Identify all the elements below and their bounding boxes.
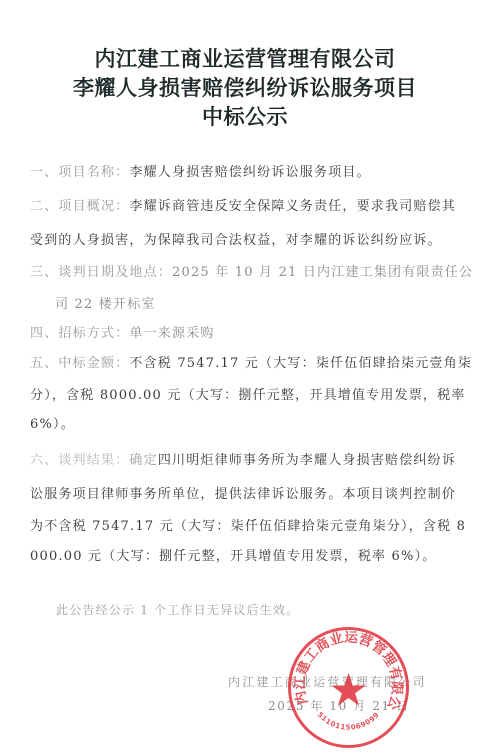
section-negotiation-date-place-cont: 司 22 楼开标室 — [55, 293, 490, 312]
section-label-tail: 确定 — [129, 453, 157, 468]
section-value: 000.00 元（大写：捌仟元整，开具增值专用发票，税率 6%）。 — [30, 549, 436, 564]
section-label: 二、项目概况： — [30, 199, 129, 214]
section-value: 分），含税 8000.00 元（大写：捌仟元整，开具增值专用发票，税率 — [30, 388, 466, 403]
section-negotiation-result-cont-3: 000.00 元（大写：捌仟元整，开具增值专用发票，税率 6%）。 — [30, 545, 470, 564]
section-negotiation-result-cont-2: 为不含税 7547.17 元（大写：柒仟伍佰肆拾柒元壹角柒分），含税 8 — [30, 515, 470, 534]
section-label: 四、招标方式： — [30, 326, 129, 341]
section-value: 李耀人身损害赔偿纠纷诉讼服务项目。 — [129, 165, 370, 180]
svg-text:5110115069099: 5110115069099 — [316, 711, 382, 732]
effective-notice: 此公告经公示 1 个工作日无异议后生效。 — [56, 601, 490, 618]
section-label: 一、项目名称： — [30, 165, 129, 180]
section-winning-amount-cont-2: 6%）。 — [30, 413, 470, 432]
section-label: 五、中标金额： — [30, 356, 129, 371]
document-title: 内江建工商业运营管理有限公司 李耀人身损害赔偿纠纷诉讼服务项目 中标公示 — [0, 45, 490, 132]
section-value: 司 22 楼开标室 — [55, 297, 156, 312]
title-project: 李耀人身损害赔偿纠纷诉讼服务项目 — [0, 74, 490, 103]
document-page: 内江建工商业运营管理有限公司 李耀人身损害赔偿纠纷诉讼服务项目 中标公示 一、项… — [0, 0, 490, 753]
section-value: 单一来源采购 — [129, 326, 214, 341]
section-value: 不含税 7547.17 元（大写：柒仟伍佰肆拾柒元壹角柒 — [129, 356, 472, 371]
title-company: 内江建工商业运营管理有限公司 — [0, 45, 490, 74]
section-value: 四川明炬律师事务所为李耀人身损害赔偿纠纷诉 — [158, 453, 456, 468]
title-announcement: 中标公示 — [0, 103, 490, 132]
section-negotiation-date-place: 三、谈判日期及地点：2025 年 10 月 21 日内江建工集团有限责任公 — [30, 261, 470, 280]
company-seal-icon: 内江建工商业运营管理有限公司 5110115069099 — [286, 625, 411, 750]
section-label: 三、谈判日期及地点： — [30, 265, 172, 280]
seal-code: 5110115069099 — [316, 711, 382, 732]
section-negotiation-result-cont-1: 讼服务项目律师事务所单位，提供法律诉讼服务。本项目谈判控制价 — [30, 483, 470, 502]
section-value: 2025 年 10 月 21 日内江建工集团有限责任公 — [172, 265, 473, 280]
section-project-overview: 二、项目概况：李耀诉商管违反安全保障义务责任，要求我司赔偿其 — [30, 195, 470, 214]
section-value: 受到的人身损害，为保障我司合法权益，对李耀的诉讼纠纷应诉。 — [30, 233, 442, 248]
section-value: 李耀诉商管违反安全保障义务责任，要求我司赔偿其 — [129, 199, 456, 214]
section-value: 讼服务项目律师事务所单位，提供法律诉讼服务。本项目谈判控制价 — [30, 487, 456, 502]
section-project-name: 一、项目名称：李耀人身损害赔偿纠纷诉讼服务项目。 — [30, 161, 470, 180]
section-bidding-method: 四、招标方式：单一来源采购 — [30, 322, 470, 341]
section-value: 为不含税 7547.17 元（大写：柒仟伍佰肆拾柒元壹角柒分），含税 8 — [30, 519, 466, 534]
section-label: 六、谈判结果： — [30, 453, 129, 468]
section-value: 6%）。 — [30, 417, 75, 432]
section-winning-amount: 五、中标金额：不含税 7547.17 元（大写：柒仟伍佰肆拾柒元壹角柒 — [30, 352, 470, 371]
section-project-overview-cont: 受到的人身损害，为保障我司合法权益，对李耀的诉讼纠纷应诉。 — [30, 229, 470, 248]
section-negotiation-result: 六、谈判结果：确定四川明炬律师事务所为李耀人身损害赔偿纠纷诉 — [30, 449, 470, 468]
section-winning-amount-cont-1: 分），含税 8000.00 元（大写：捌仟元整，开具增值专用发票，税率 — [30, 384, 470, 403]
